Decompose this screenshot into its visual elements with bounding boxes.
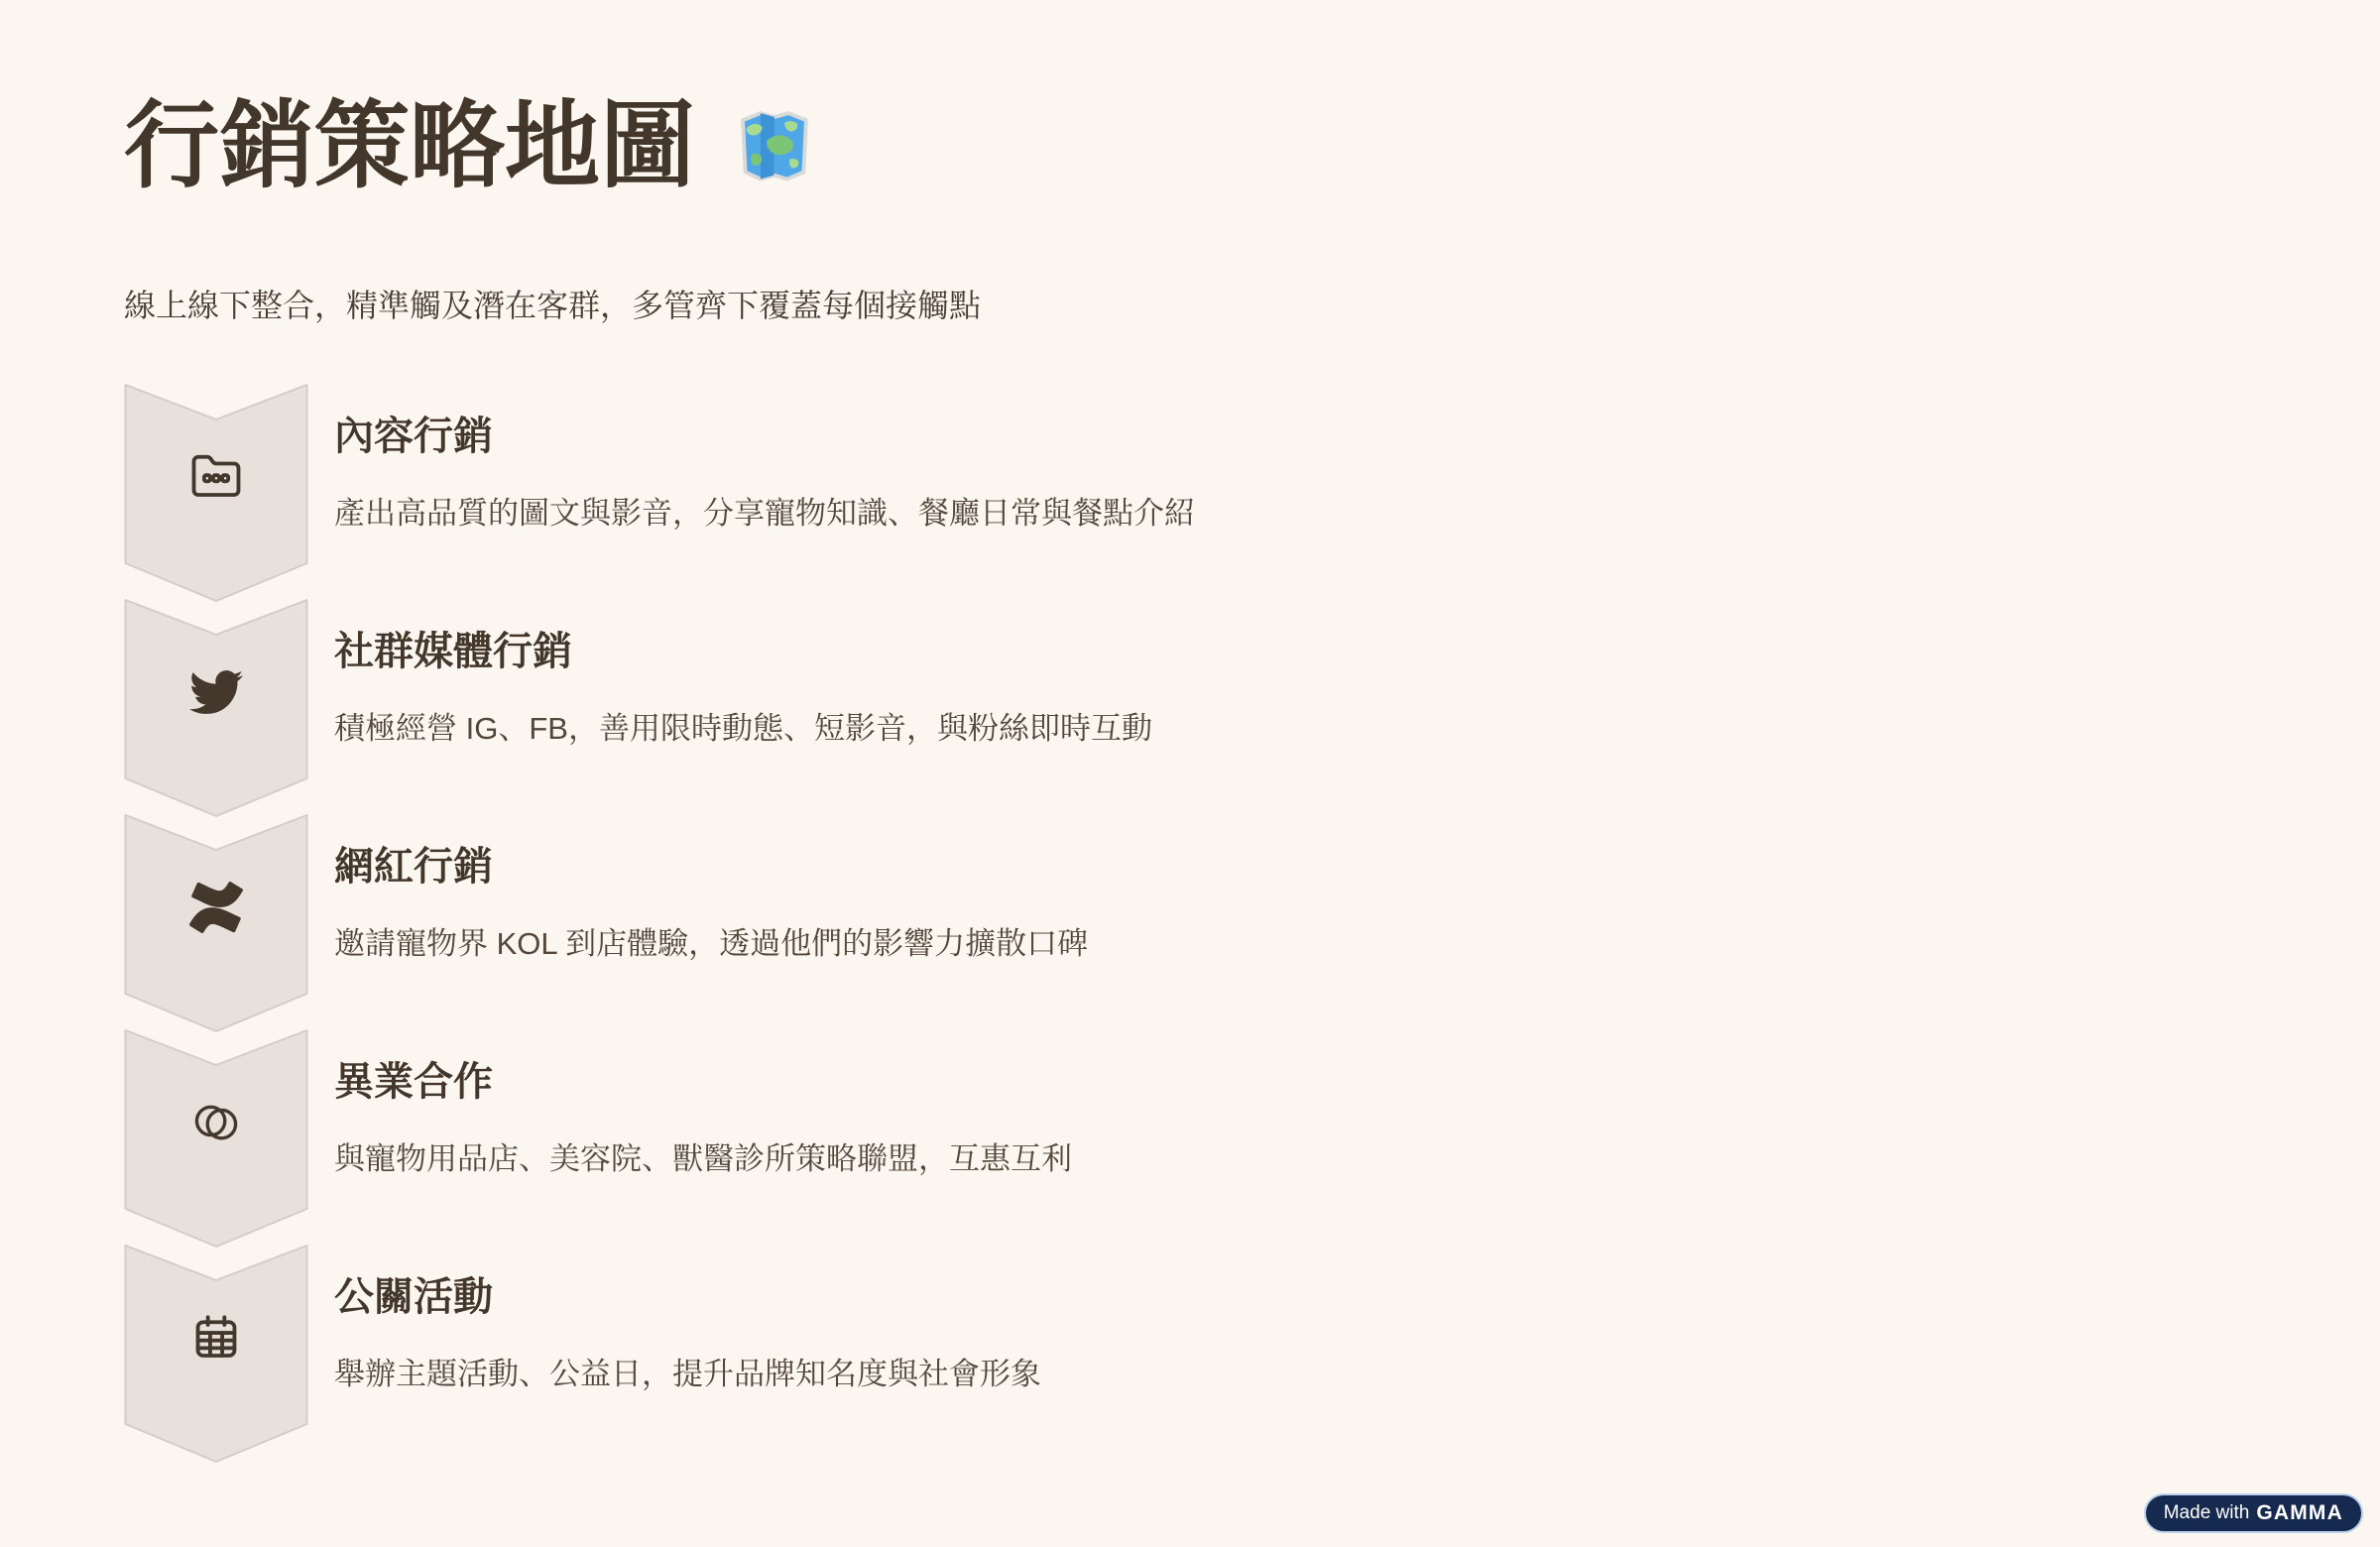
chevron-shape: [124, 598, 308, 818]
item-text: 公關活動 舉辦主題活動、公益日，提升品牌知名度與社會形象: [334, 1244, 2380, 1395]
item-description: 積極經營 IG、FB，善用限時動態、短影音，與粉絲即時互動: [334, 707, 2380, 750]
title-row: 行銷策略地圖: [124, 94, 2380, 199]
item-description: 邀請寵物界 KOL 到店體驗，透過他們的影響力擴散口碑: [334, 922, 2380, 965]
item-text: 異業合作 與寵物用品店、美容院、獸醫診所策略聯盟，互惠互利: [334, 1028, 2380, 1180]
chevron-shape: [124, 1028, 308, 1249]
slide: 行銷策略地圖 線上線下整合，精準觸及潛在客群，多管齊下覆蓋每個接觸點: [0, 0, 2380, 1547]
gamma-logo-text: GAMMA: [2256, 1501, 2343, 1525]
page-subtitle: 線上線下整合，精準觸及潛在客群，多管齊下覆蓋每個接觸點: [124, 284, 2380, 328]
chevron-shape: [124, 383, 308, 603]
item-title: 公關活動: [334, 1273, 2380, 1321]
item-title: 網紅行銷: [334, 843, 2380, 891]
item-title: 異業合作: [334, 1058, 2380, 1106]
made-with-gamma-badge[interactable]: Made with GAMMA: [2144, 1493, 2363, 1533]
list-item: 社群媒體行銷 積極經營 IG、FB，善用限時動態、短影音，與粉絲即時互動: [124, 598, 2380, 813]
item-text: 網紅行銷 邀請寵物界 KOL 到店體驗，透過他們的影響力擴散口碑: [334, 813, 2380, 965]
item-description: 產出高品質的圖文與影音，分享寵物知識、餐廳日常與餐點介紹: [334, 492, 2380, 535]
calendar-icon: [189, 1311, 243, 1365]
list-item: 公關活動 舉辦主題活動、公益日，提升品牌知名度與社會形象: [124, 1244, 2380, 1459]
list-item: 內容行銷 產出高品質的圖文與影音，分享寵物知識、餐廳日常與餐點介紹: [124, 383, 2380, 598]
twitter-bird-icon: [189, 665, 243, 719]
strategy-list: 內容行銷 產出高品質的圖文與影音，分享寵物知識、餐廳日常與餐點介紹 社群媒體行銷…: [124, 383, 2380, 1459]
item-text: 內容行銷 產出高品質的圖文與影音，分享寵物知識、餐廳日常與餐點介紹: [334, 383, 2380, 535]
overlapping-circles-icon: [189, 1096, 243, 1149]
world-map-emoji: [727, 101, 822, 192]
chevron-shape: [124, 813, 308, 1033]
badge-prefix-text: Made with: [2164, 1502, 2250, 1524]
list-item: 網紅行銷 邀請寵物界 KOL 到店體驗，透過他們的影響力擴散口碑: [124, 813, 2380, 1028]
item-description: 舉辦主題活動、公益日，提升品牌知名度與社會形象: [334, 1353, 2380, 1395]
page-title: 行銷策略地圖: [124, 94, 695, 199]
folder-dots-icon: [189, 450, 243, 504]
list-item: 異業合作 與寵物用品店、美容院、獸醫診所策略聯盟，互惠互利: [124, 1028, 2380, 1244]
item-description: 與寵物用品店、美容院、獸醫診所策略聯盟，互惠互利: [334, 1137, 2380, 1180]
item-title: 內容行銷: [334, 413, 2380, 460]
chevron-shape: [124, 1244, 308, 1464]
item-text: 社群媒體行銷 積極經營 IG、FB，善用限時動態、短影音，與粉絲即時互動: [334, 598, 2380, 750]
confluence-icon: [189, 881, 243, 934]
item-title: 社群媒體行銷: [334, 628, 2380, 675]
